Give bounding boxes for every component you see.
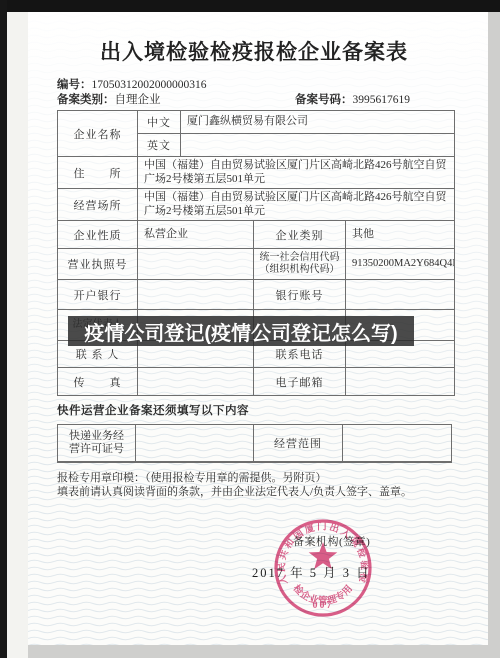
chinese-name-value: 厦门鑫纵横贸易有限公司 <box>181 111 454 134</box>
address-value: 中国（福建）自由贸易试验区厦门片区高崎北路426号航空自贸广场2号楼第五层501… <box>138 157 454 189</box>
filing-category-value: 自理企业 <box>115 94 161 106</box>
business-scope-value <box>343 425 451 462</box>
fax-value <box>138 368 254 395</box>
filing-category-label: 备案类别： <box>57 94 115 106</box>
class-label: 企业类别 <box>254 221 346 249</box>
company-name-label: 企业名称 <box>58 111 138 157</box>
bank-value <box>138 280 254 310</box>
fax-label: 传 真 <box>58 368 138 395</box>
express-filing-table: 快递业务经营许可证号 经营范围 <box>57 424 452 463</box>
filing-agency-label: 备案机构(签章) <box>293 533 370 549</box>
bank-account-value <box>346 280 454 310</box>
nature-label: 企业性质 <box>58 221 138 249</box>
record-number-line: 备案号码：3995617619 <box>295 91 410 107</box>
form-paper: 出入境检验检疫报检企业备案表 编号：17050312002000000316 备… <box>28 12 488 645</box>
bank-account-label: 银行账号 <box>254 280 346 310</box>
credit-code-value: 91350200MA2Y684Q4P <box>346 249 454 280</box>
watermark-banner-text: 疫情公司登记(疫情公司登记怎么写) <box>84 317 397 346</box>
watermark-banner: 疫情公司登记(疫情公司登记怎么写) <box>68 316 414 346</box>
serial-number-line: 编号：17050312002000000316 <box>57 76 207 92</box>
license-label: 营业执照号 <box>58 249 138 280</box>
serial-number-value: 17050312002000000316 <box>92 79 207 91</box>
bank-label: 开户银行 <box>58 280 138 310</box>
serial-number-label: 编号： <box>57 79 92 91</box>
express-permit-label: 快递业务经营许可证号 <box>58 425 136 462</box>
record-number-label: 备案号码： <box>295 94 353 106</box>
chinese-name-label: 中文 <box>138 111 181 134</box>
business-scope-label: 经营范围 <box>254 425 343 462</box>
class-value: 其他 <box>346 221 454 249</box>
document-photo: 出入境检验检疫报检企业备案表 编号：17050312002000000316 备… <box>0 0 500 658</box>
express-permit-value <box>136 425 254 462</box>
photo-dark-edge-left <box>0 0 7 658</box>
license-value <box>138 249 254 280</box>
premises-value: 中国（福建）自由贸易试验区厦门片区高崎北路426号航空自贸广场2号楼第五层501… <box>138 189 454 221</box>
form-title: 出入境检验检疫报检企业备案表 <box>28 36 480 66</box>
filing-category-line: 备案类别：自理企业 <box>57 91 161 107</box>
underlying-page-edge <box>7 12 28 658</box>
premises-label: 经营场所 <box>58 189 138 221</box>
nature-value: 私营企业 <box>138 221 254 249</box>
enterprise-info-table: 企业名称 中文 厦门鑫纵横贸易有限公司 英文 住 所 中国（福建）自由贸易试验区… <box>57 110 455 396</box>
seal-impression-note: 报检专用章印模：（使用报检专用章的需提供。另附页） <box>57 471 327 485</box>
english-name-value <box>181 134 454 157</box>
express-section-heading: 快件运营企业备案还须填写以下内容 <box>57 402 249 418</box>
english-name-label: 英文 <box>138 134 181 157</box>
signature-instruction-note: 填表前请认真阅读背面的条款，并由企业法定代表人/负责人签字、盖章。 <box>57 485 412 499</box>
email-label: 电子邮箱 <box>254 368 346 395</box>
credit-code-label: 统一社会信用代码（组织机构代码） <box>254 249 346 280</box>
email-value <box>346 368 454 395</box>
filing-date: 2017 年 5 月 3 日 <box>252 563 371 581</box>
photo-dark-edge-top <box>0 0 500 12</box>
address-label: 住 所 <box>58 157 138 189</box>
record-number-value: 3995617619 <box>353 94 411 106</box>
